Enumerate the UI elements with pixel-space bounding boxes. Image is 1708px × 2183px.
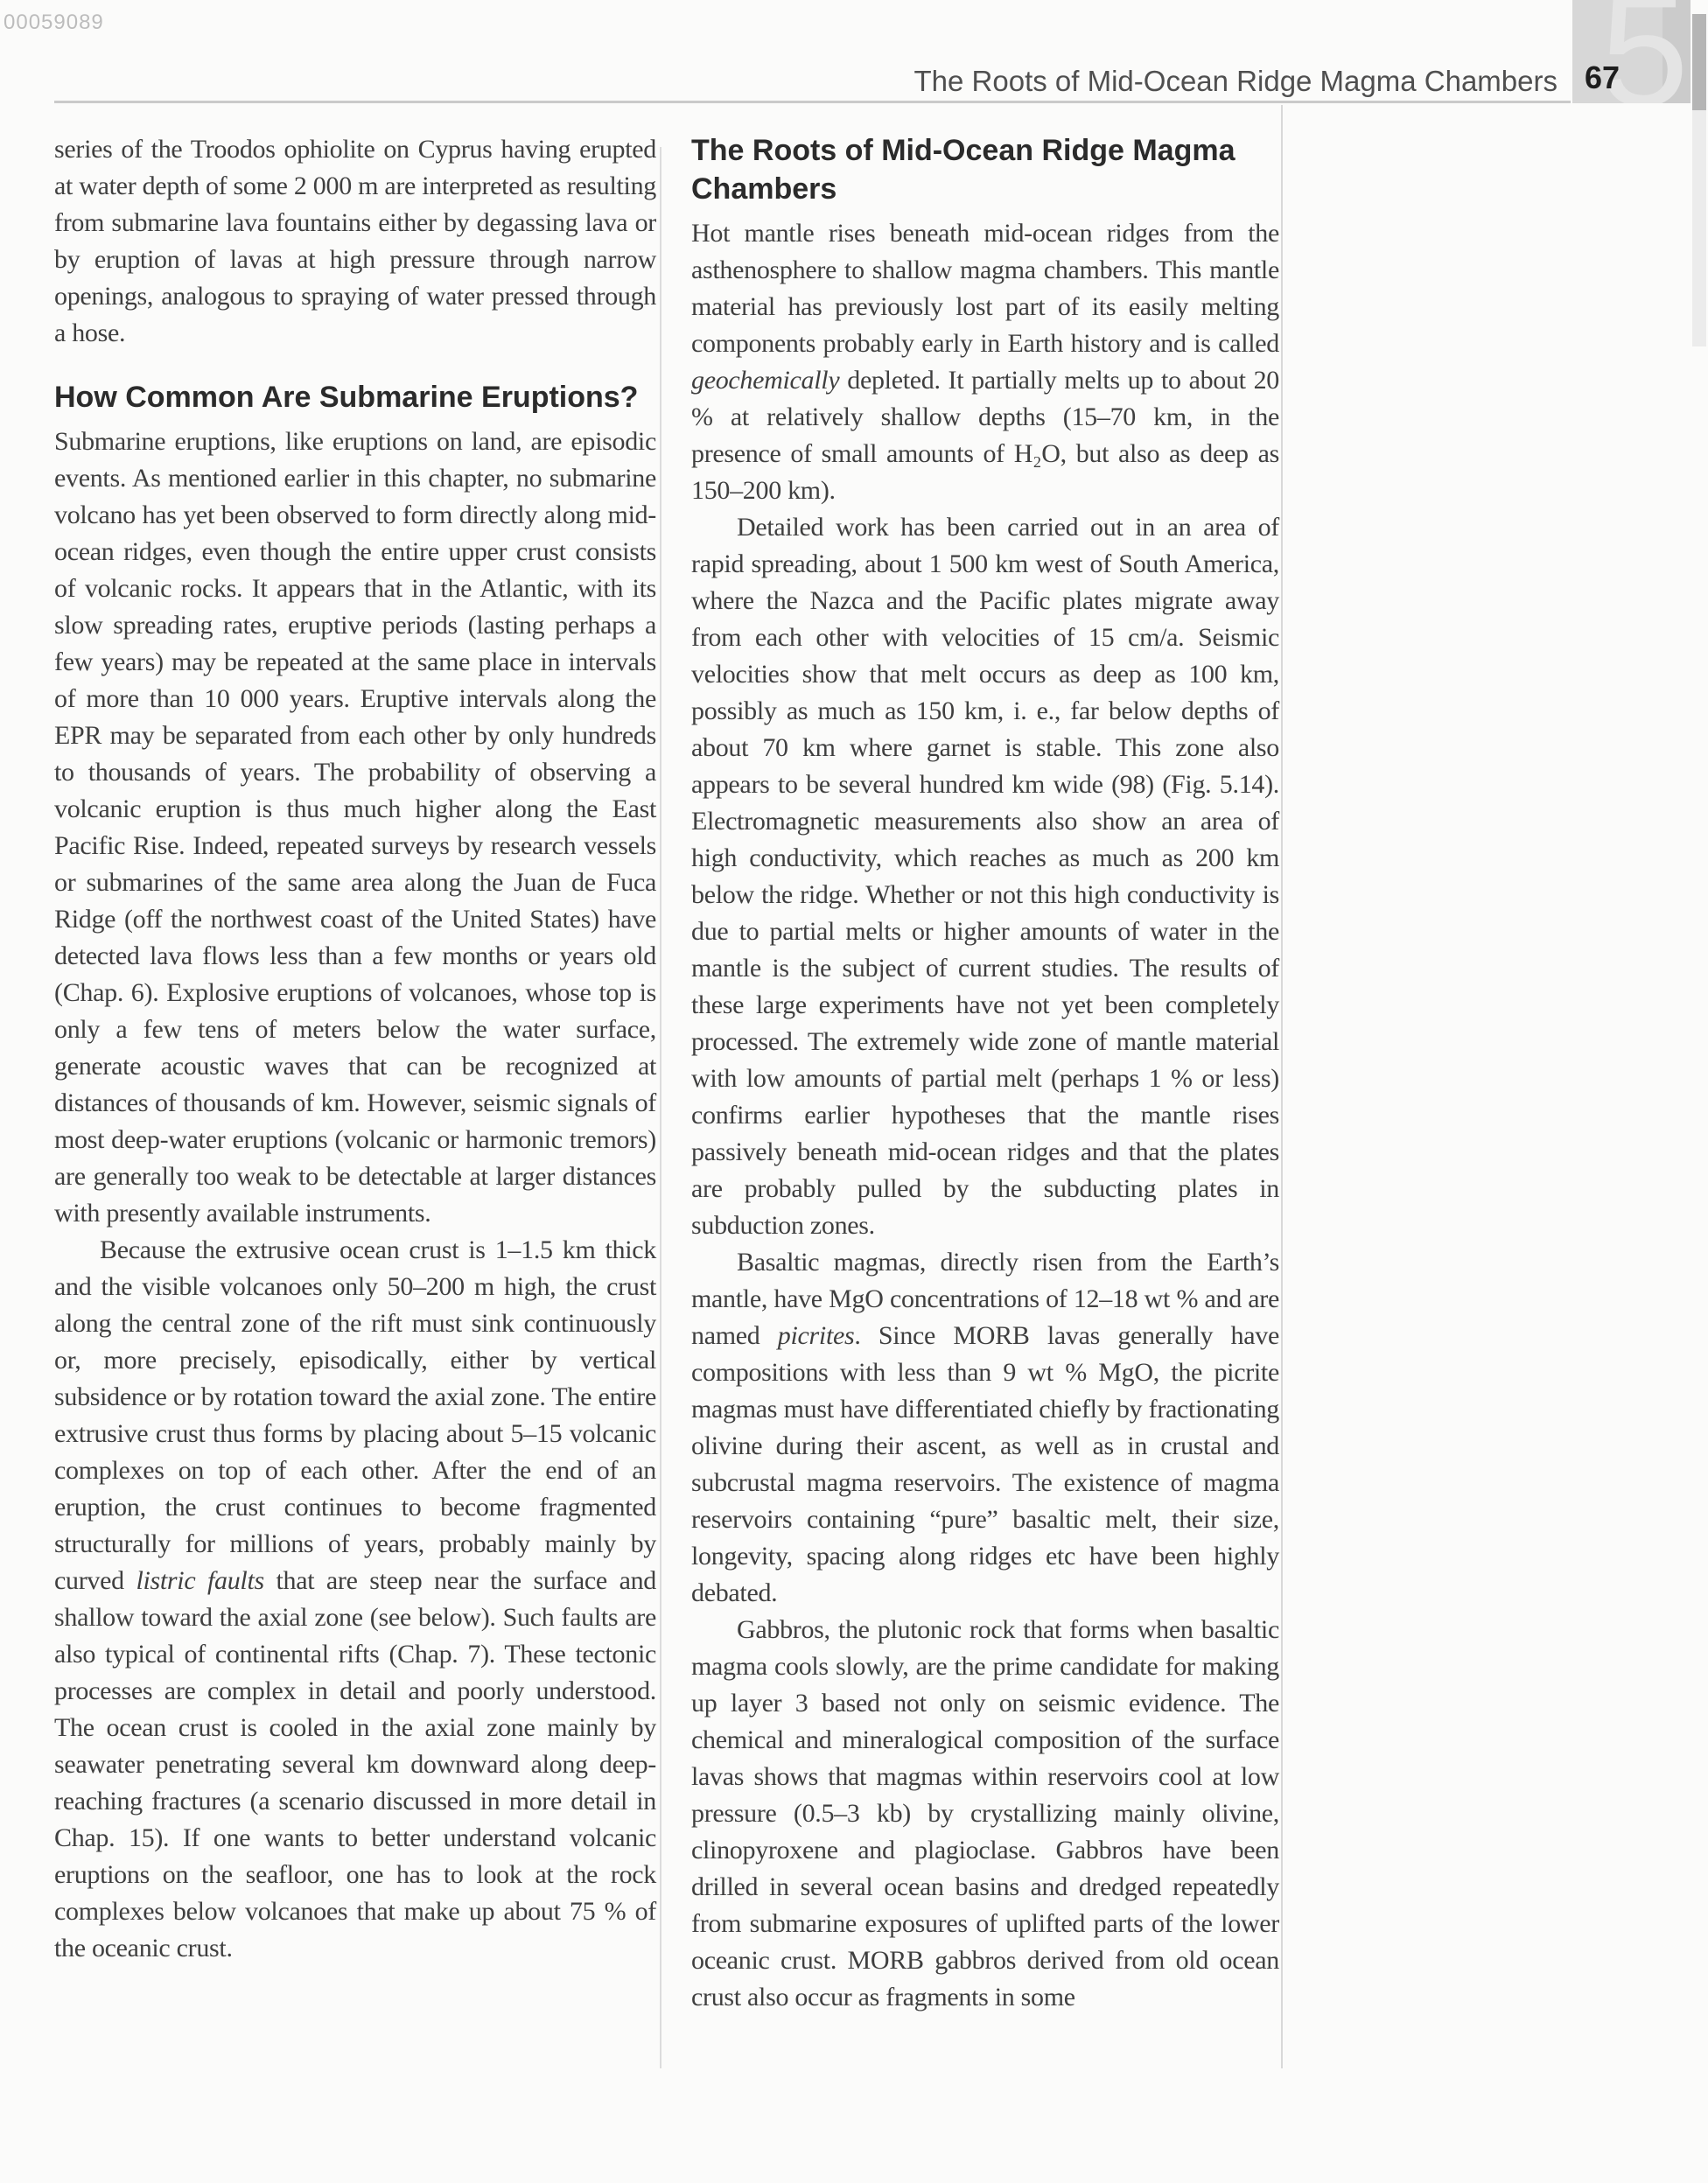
body-paragraph: Submarine eruptions, like eruptions on l… [54,423,656,1232]
book-page: { "scan_number": "00059089", "header": {… [0,0,1708,2183]
text-block-divider [1281,105,1283,2068]
body-paragraph: Detailed work has been carried out in an… [691,509,1279,1244]
body-paragraph: series of the Troodos ophiolite on Cypru… [54,131,656,352]
column-divider [660,147,661,2068]
body-paragraph: Gabbros, the plutonic rock that forms wh… [691,1612,1279,2016]
page-edge-artifact [1692,110,1706,346]
page-number: 67 [1585,59,1620,96]
page-edge-artifact [1692,14,1706,110]
right-column: The Roots of Mid-Ocean Ridge Magma Chamb… [691,131,1279,2016]
running-header-title: The Roots of Mid-Ocean Ridge Magma Chamb… [525,65,1557,98]
body-paragraph: Hot mantle rises beneath mid-ocean ridge… [691,215,1279,509]
section-heading: How Common Are Submarine Eruptions? [54,378,656,416]
chapter-tab-box: 5 67 [1572,0,1690,103]
left-column: series of the Troodos ophiolite on Cypru… [54,131,656,1967]
scan-number: 00059089 [3,10,104,35]
section-heading: The Roots of Mid-Ocean Ridge Magma Chamb… [691,131,1279,208]
header-rule [54,101,1571,103]
body-paragraph: Basaltic magmas, directly risen from the… [691,1244,1279,1612]
body-paragraph: Because the extrusive ocean crust is 1–1… [54,1232,656,1967]
